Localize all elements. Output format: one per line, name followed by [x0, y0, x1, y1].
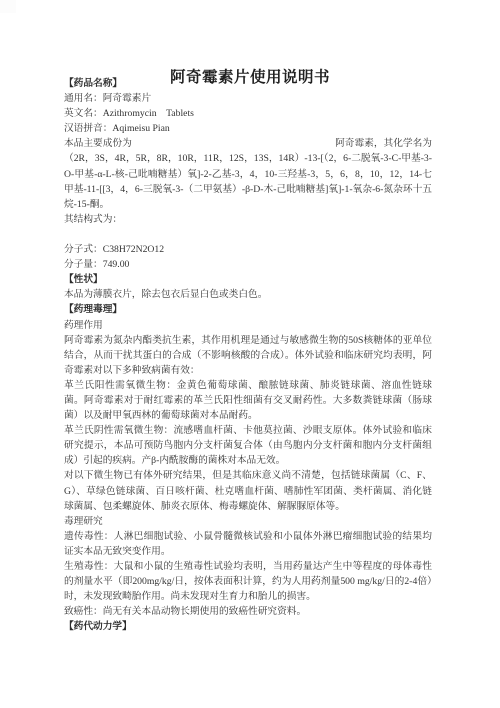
document-body: 【药品名称】通用名：阿奇霉素片英文名：Azithromycin Tablets汉…: [64, 76, 432, 634]
paragraph: 对以下微生物已有体外研究结果，但是其临床意义尚不清楚，包括链球菌属（C、F、G）…: [64, 468, 432, 513]
paragraph: （2R，3S，4R，5R，8R，10R，11R，12S，13S，14R）-13-…: [64, 151, 432, 211]
composition-line: 本品主要成份为阿奇霉素，其化学名为: [64, 136, 432, 151]
composition-label: 本品主要成份为: [64, 136, 132, 151]
paragraph: 遗传毒性：人淋巴细胞试验、小鼠骨髓微核试验和小鼠体外淋巴瘤细胞试验的结果均证实本…: [64, 529, 432, 559]
text-line: 毒理研究: [64, 514, 432, 529]
paragraph: 革兰氏阳性需氧微生物：金黄色葡萄球菌、酿脓链球菌、肺炎链球菌、溶血性链球菌。阿奇…: [64, 378, 432, 423]
section-header: 【性状】: [64, 272, 432, 287]
text-line: 分子式：C38H72N2O12: [64, 242, 432, 257]
paragraph: 阿奇霉素为氮杂内酯类抗生素，其作用机理是通过与敏感微生物的50S核糖体的亚单位结…: [64, 333, 432, 378]
page-corner-shade: [0, 0, 16, 13]
paragraph: 致癌性：尚无有关本品动物长期使用的致癌性研究资料。: [64, 604, 432, 619]
text-line: 通用名：阿奇霉素片: [64, 91, 432, 106]
text-line: 分子量：749.00: [64, 257, 432, 272]
text-line: 药理作用: [64, 318, 432, 333]
paragraph: 生殖毒性：大鼠和小鼠的生殖毒性试验均表明，当用药量达产生中等程度的母体毒性的剂量…: [64, 559, 432, 604]
text-line: 汉语拼音：Aqimeisu Pian: [64, 121, 432, 136]
paragraph: 革兰氏阴性需氧微生物：流感嗜血杆菌、卡他莫拉菌、沙眼支原体。体外试验和临床研究提…: [64, 423, 432, 468]
text-line: 其结构式为：: [64, 212, 432, 227]
section-header: 【药品名称】: [64, 76, 432, 91]
text-line: 本品为薄膜衣片，除去包衣后显白色或类白色。: [64, 287, 432, 302]
text-line: 英文名：Azithromycin Tablets: [64, 106, 432, 121]
section-header: 【药理毒理】: [64, 302, 432, 317]
section-header: 【药代动力学】: [64, 619, 432, 634]
structure-formula-placeholder: [64, 227, 432, 242]
chemical-name-lead: 阿奇霉素，其化学名为: [335, 136, 432, 151]
drug-leaflet-page: 阿奇霉素片使用说明书 【药品名称】通用名：阿奇霉素片英文名：Azithromyc…: [0, 0, 500, 708]
